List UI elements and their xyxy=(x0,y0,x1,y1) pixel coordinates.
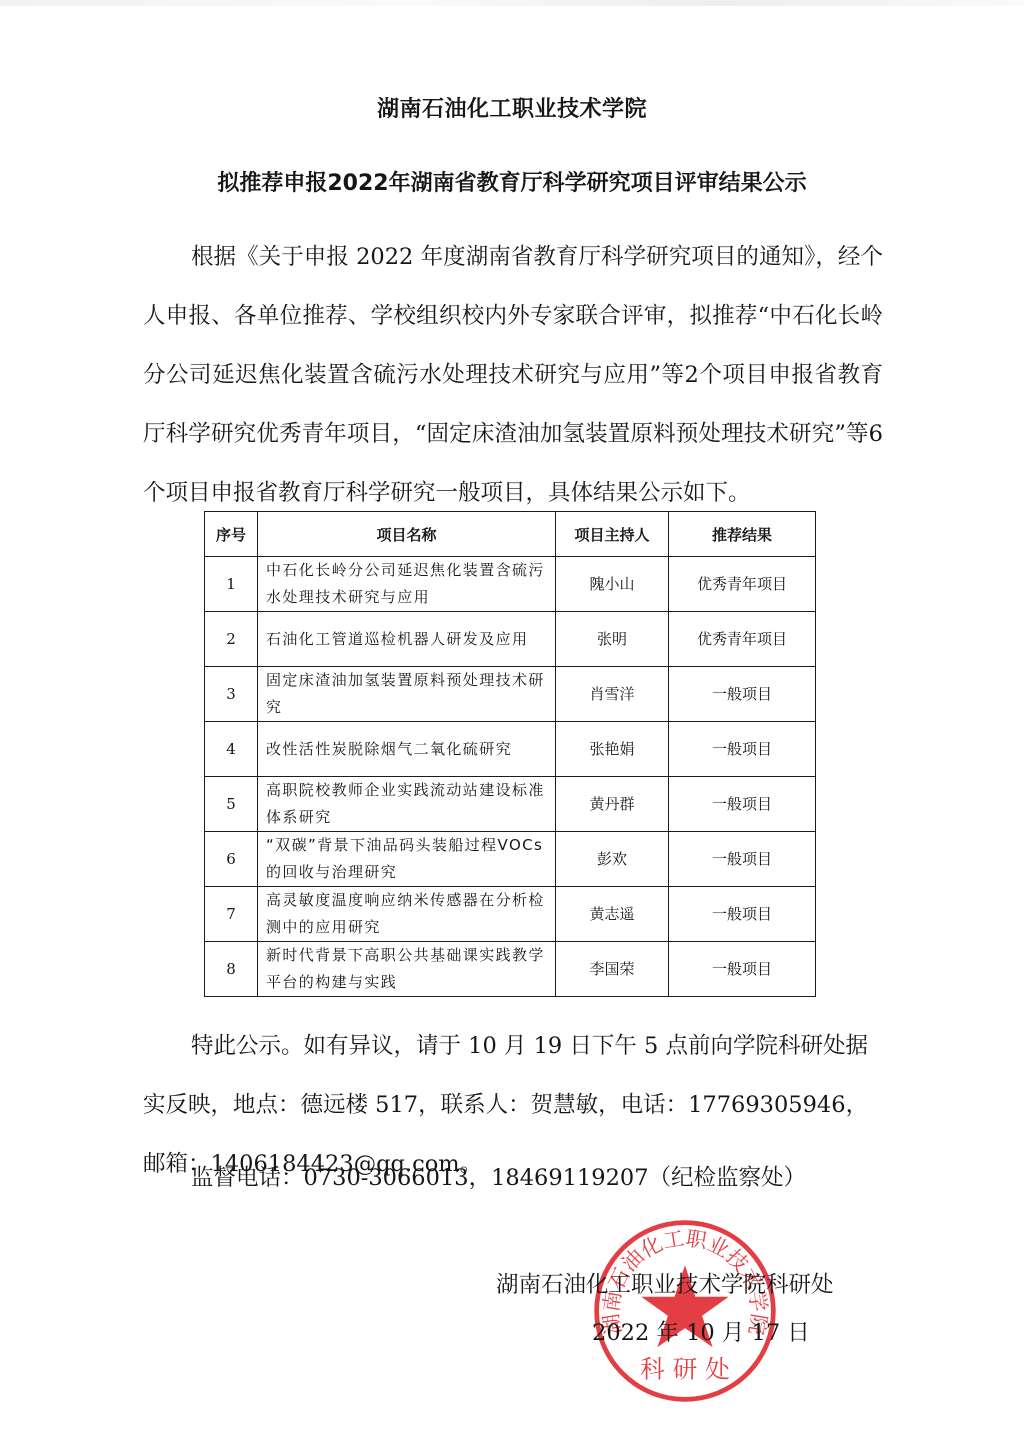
table-row: 5 高职院校教师企业实践流动站建设标准体系研究 黄丹群 一般项目 xyxy=(205,777,816,832)
table-row: 4 改性活性炭脱除烟气二氧化硫研究 张艳娟 一般项目 xyxy=(205,722,816,777)
table-row: 7 高灵敏度温度响应纳米传感器在分析检测中的应用研究 黄志遥 一般项目 xyxy=(205,887,816,942)
header-host: 项目主持人 xyxy=(556,512,669,557)
notice-title: 拟推荐申报2022年湖南省教育厅科学研究项目评审结果公示 xyxy=(0,166,1024,197)
row-project-name: 固定床渣油加氢装置原料预处理技术研究 xyxy=(258,667,556,722)
row-no: 1 xyxy=(205,557,258,612)
row-host: 李国荣 xyxy=(556,942,669,997)
signature-department: 湖南石油化工职业技术学院科研处 xyxy=(496,1261,834,1309)
row-host: 黄志遥 xyxy=(556,887,669,942)
table-row: 2 石油化工管道巡检机器人研发及应用 张明 优秀青年项目 xyxy=(205,612,816,667)
table-row: 8 新时代背景下高职公共基础课实践教学平台的构建与实践 李国荣 一般项目 xyxy=(205,942,816,997)
header-result: 推荐结果 xyxy=(669,512,816,557)
table-row: 1 中石化长岭分公司延迟焦化装置含硫污水处理技术研究与应用 隗小山 优秀青年项目 xyxy=(205,557,816,612)
row-project-name: “双碳”背景下油品码头装船过程VOCs的回收与治理研究 xyxy=(258,832,556,887)
row-result: 一般项目 xyxy=(669,832,816,887)
row-host: 张明 xyxy=(556,612,669,667)
row-result: 优秀青年项目 xyxy=(669,557,816,612)
row-project-name: 石油化工管道巡检机器人研发及应用 xyxy=(258,612,556,667)
row-result: 一般项目 xyxy=(669,777,816,832)
row-result: 一般项目 xyxy=(669,722,816,777)
row-result: 一般项目 xyxy=(669,942,816,997)
table-row: 3 固定床渣油加氢装置原料预处理技术研究 肖雪洋 一般项目 xyxy=(205,667,816,722)
row-project-name: 中石化长岭分公司延迟焦化装置含硫污水处理技术研究与应用 xyxy=(258,557,556,612)
header-no: 序号 xyxy=(205,512,258,557)
signature-date: 2022 年 10 月 17 日 xyxy=(592,1309,810,1357)
row-project-name: 高灵敏度温度响应纳米传感器在分析检测中的应用研究 xyxy=(258,887,556,942)
row-project-name: 改性活性炭脱除烟气二氧化硫研究 xyxy=(258,722,556,777)
table-row: 6 “双碳”背景下油品码头装船过程VOCs的回收与治理研究 彭欢 一般项目 xyxy=(205,832,816,887)
table-header-row: 序号 项目名称 项目主持人 推荐结果 xyxy=(205,512,816,557)
results-table: 序号 项目名称 项目主持人 推荐结果 1 中石化长岭分公司延迟焦化装置含硫污水处… xyxy=(204,511,816,997)
row-no: 4 xyxy=(205,722,258,777)
row-host: 肖雪洋 xyxy=(556,667,669,722)
header-project-name: 项目名称 xyxy=(258,512,556,557)
row-result: 优秀青年项目 xyxy=(669,612,816,667)
row-result: 一般项目 xyxy=(669,667,816,722)
intro-paragraph: 根据《关于申报 2022 年度湖南省教育厅科学研究项目的通知》，经个人申报、各单… xyxy=(143,228,883,523)
seal-center-text: 科 研 处 xyxy=(640,1355,730,1384)
row-project-name: 高职院校教师企业实践流动站建设标准体系研究 xyxy=(258,777,556,832)
row-no: 8 xyxy=(205,942,258,997)
row-no: 7 xyxy=(205,887,258,942)
row-host: 张艳娟 xyxy=(556,722,669,777)
row-result: 一般项目 xyxy=(669,887,816,942)
row-host: 彭欢 xyxy=(556,832,669,887)
row-no: 2 xyxy=(205,612,258,667)
row-project-name: 新时代背景下高职公共基础课实践教学平台的构建与实践 xyxy=(258,942,556,997)
org-title: 湖南石油化工职业技术学院 xyxy=(0,92,1024,123)
row-no: 5 xyxy=(205,777,258,832)
row-host: 黄丹群 xyxy=(556,777,669,832)
row-host: 隗小山 xyxy=(556,557,669,612)
row-no: 3 xyxy=(205,667,258,722)
scan-edge xyxy=(0,0,1024,6)
row-no: 6 xyxy=(205,832,258,887)
supervision-paragraph: 监督电话：0730-3066013，18469119207（纪检监察处） xyxy=(143,1149,883,1208)
